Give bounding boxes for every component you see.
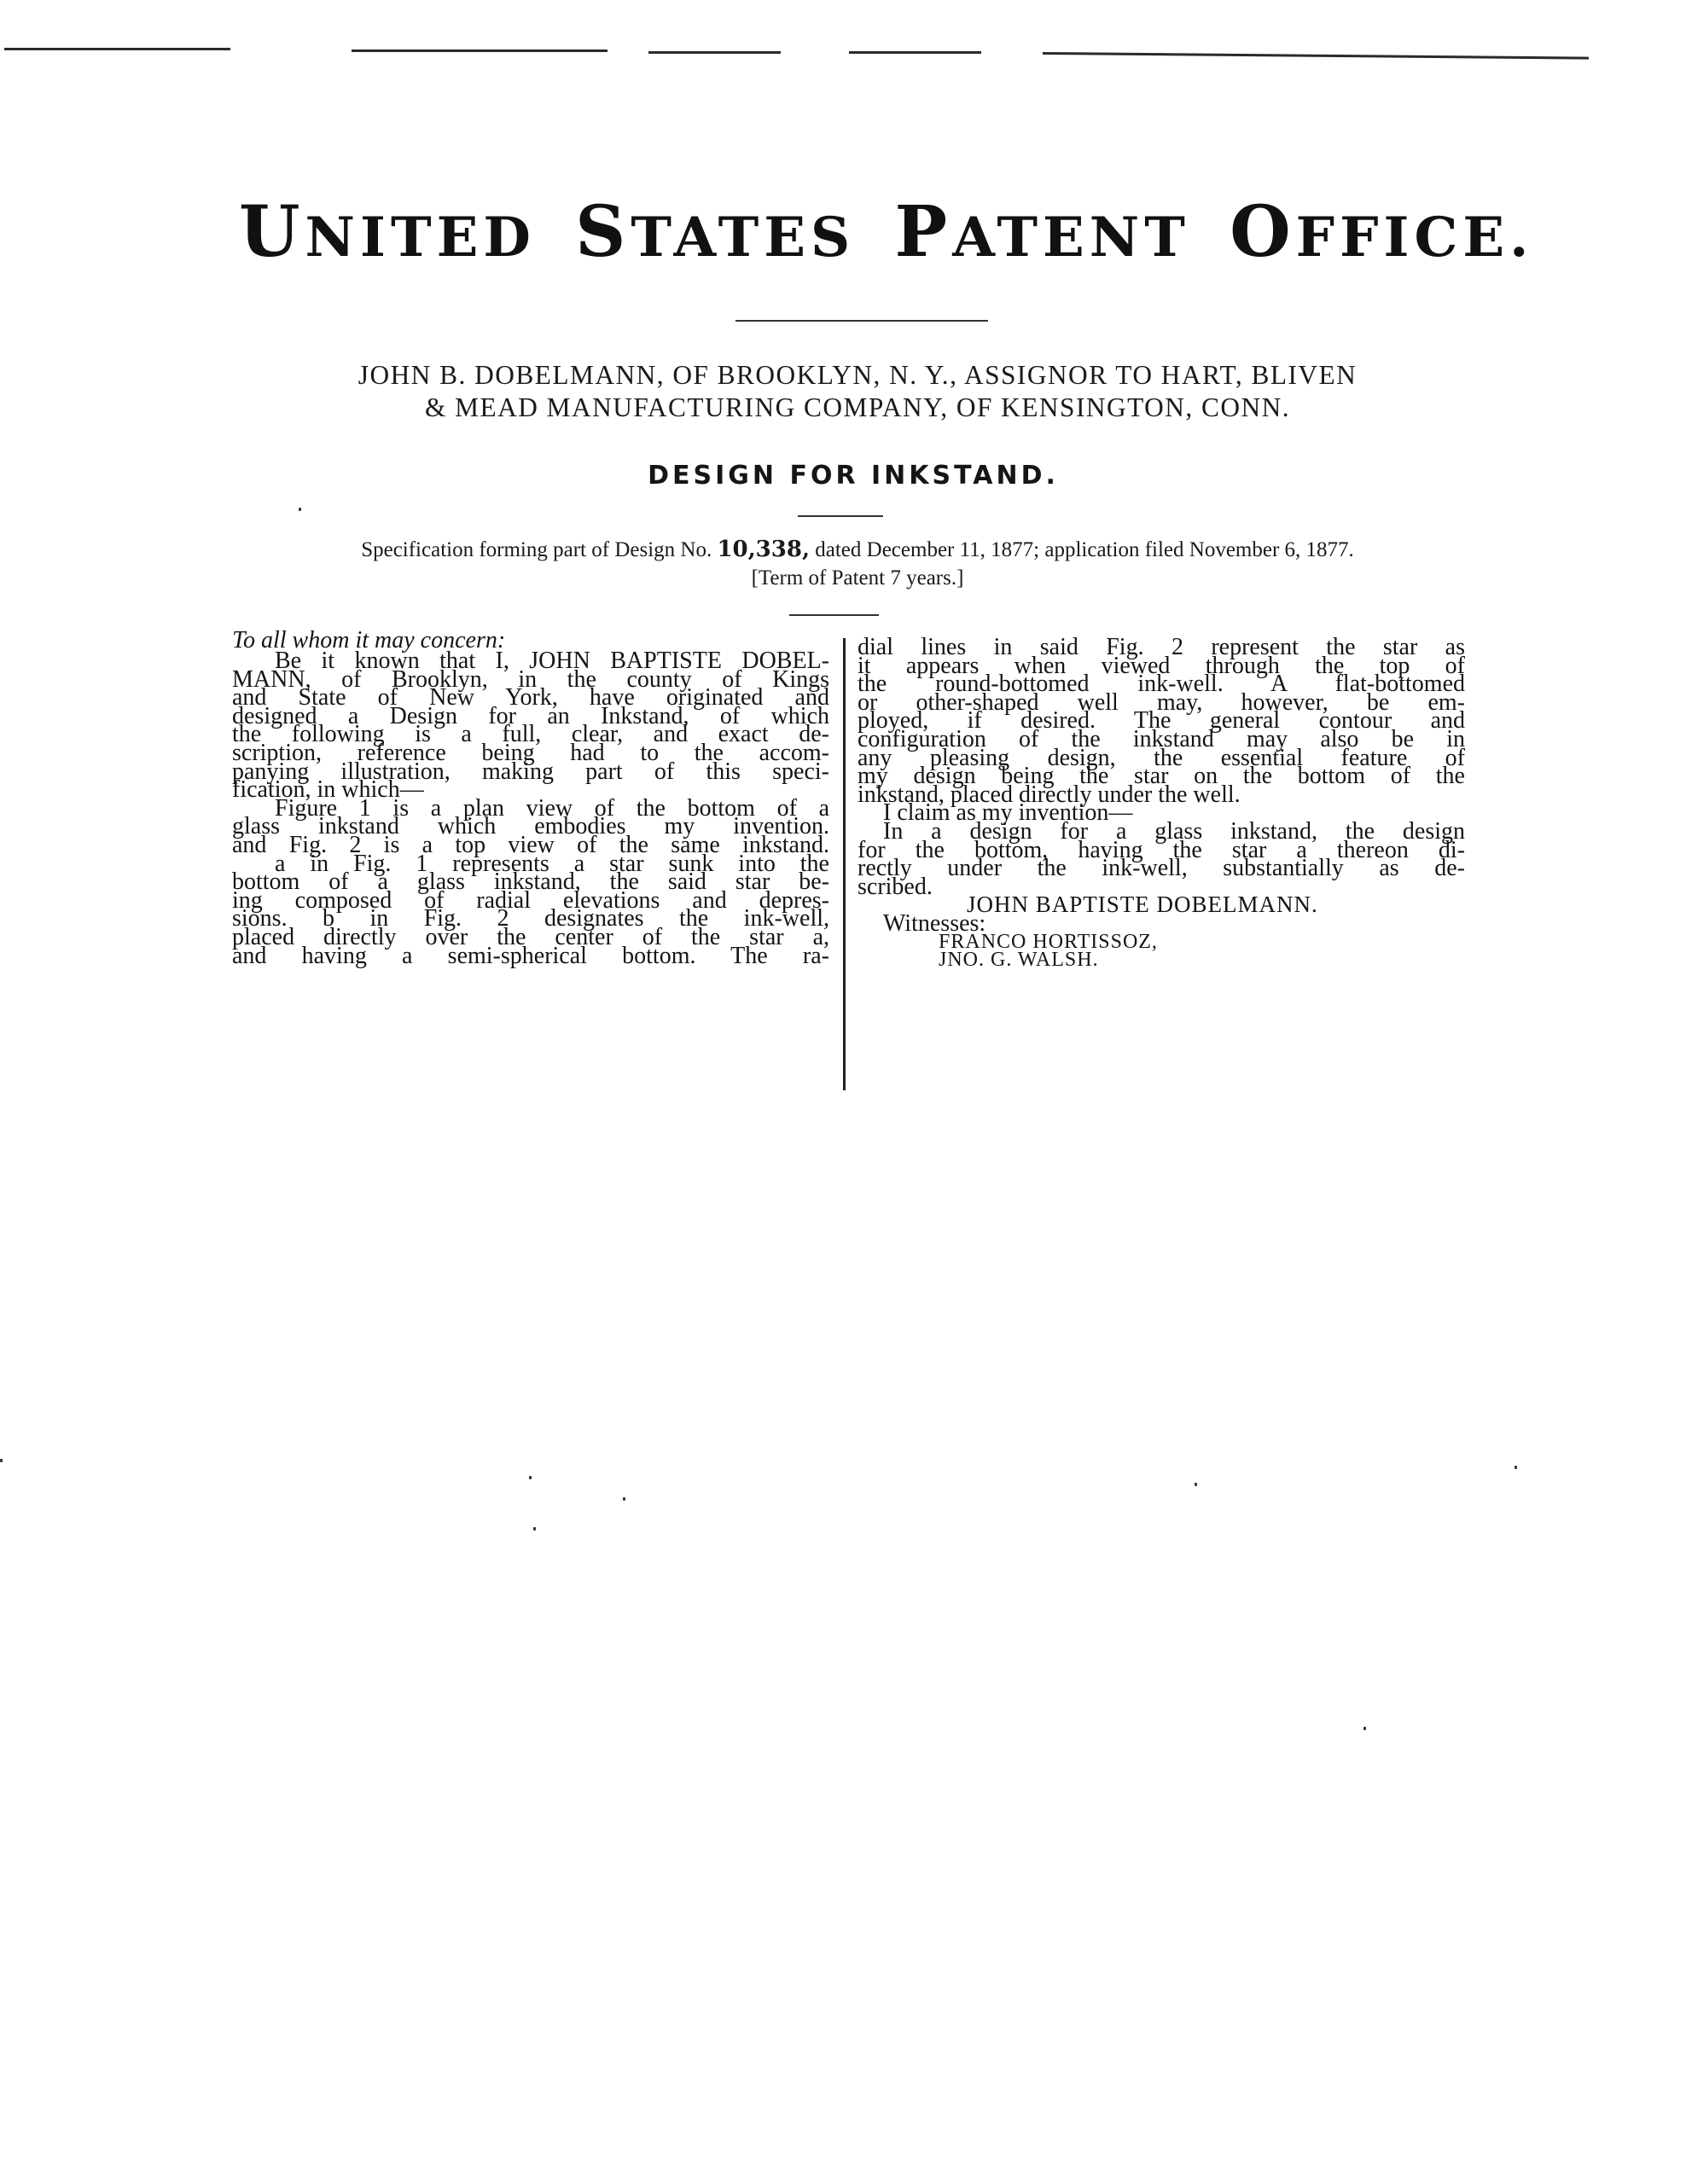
scan-speck	[0, 1459, 3, 1462]
section-rule	[789, 614, 879, 616]
column-divider	[843, 638, 846, 1090]
inventor-line-1: JOHN B. DOBELMANN, OF BROOKLYN, N. Y., A…	[243, 358, 1473, 391]
spec-suffix: dated December 11, 1877; application fil…	[815, 538, 1354, 561]
scan-speck	[529, 1476, 532, 1479]
title-word: UNITED	[239, 206, 536, 270]
body-line: and having a semi-spherical bottom. The …	[232, 947, 829, 966]
patent-term: [Term of Patent 7 years.]	[230, 565, 1485, 592]
scan-edge-line	[648, 51, 781, 54]
scan-speck	[299, 508, 301, 511]
design-number: 10,338,	[717, 537, 810, 562]
title-word: OFFICE.	[1230, 206, 1533, 270]
scan-edge-line	[4, 48, 230, 50]
title-rule	[735, 320, 988, 322]
scan-edge-line	[849, 51, 981, 54]
scan-speck	[1195, 1483, 1197, 1486]
scan-edge-line	[1043, 52, 1589, 60]
inventor-line-2: & MEAD MANUFACTURING COMPANY, OF KENSING…	[243, 391, 1473, 423]
scan-speck	[1363, 1727, 1366, 1730]
left-column: To all whom it may concern: Be it known …	[232, 631, 829, 965]
scan-speck	[623, 1497, 625, 1501]
design-title: DESIGN FOR INKSTAND.	[512, 461, 1195, 491]
title-word: STATES	[575, 206, 855, 270]
scan-speck	[533, 1527, 536, 1531]
page-title: UNITED STATES PATENT OFFICE.	[239, 198, 1485, 272]
claim-line: rectly under the ink-well, substantially…	[858, 859, 1465, 878]
scan-edge-line	[352, 49, 608, 52]
title-word: PATENT	[895, 206, 1190, 270]
scan-speck	[1514, 1466, 1517, 1469]
section-rule	[798, 515, 883, 517]
right-column: dial lines in said Fig. 2 represent the …	[858, 638, 1465, 970]
specification-line: Specification forming part of Design No.…	[230, 536, 1485, 564]
witness-name: JNO. G. WALSH.	[858, 951, 1465, 970]
spec-prefix: Specification forming part of Design No.	[361, 538, 712, 561]
